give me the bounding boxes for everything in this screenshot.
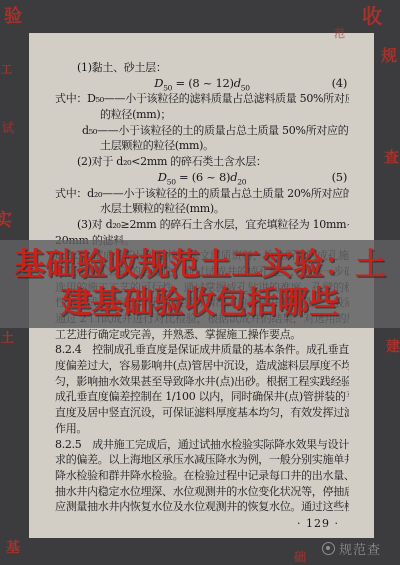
formula-line-4: D50 = (8 ~ 12)d50 (4) bbox=[55, 76, 349, 92]
text-line: 作用。 bbox=[55, 421, 349, 437]
watermark: 规范查 bbox=[322, 539, 381, 558]
edge-seal-mark: 收 bbox=[362, 6, 382, 26]
text-line: 度偏差过大，容易影响井(点)管居中沉设，造成滤料层厚度不均 bbox=[55, 358, 349, 374]
edge-seal-mark: 础 bbox=[294, 551, 306, 563]
text-line: 式中：d₂₀——小于该粒径的土的质量占总土质量 20%所对应的含 bbox=[55, 186, 349, 202]
edge-seal-mark: 实 bbox=[0, 212, 12, 230]
text-line-section-8-2-5: 8.2.5 成井施工完成后，通过试抽水检验实际降水效果与设计要 bbox=[55, 437, 349, 453]
text-line: 应测量抽水井内恢复水位及水位观测井的恢复水位。通过这些检 bbox=[55, 499, 349, 515]
edge-seal-mark: 土 bbox=[1, 332, 14, 345]
edge-seal-mark: 基 bbox=[6, 541, 20, 555]
edge-seal-mark: 范 bbox=[334, 28, 345, 39]
text-line: 求的偏差。以上海地区承压水减压降水为例，一般分别实施单井 bbox=[55, 452, 349, 468]
equation-number: (5) bbox=[332, 170, 347, 186]
watermark-label: 规范查 bbox=[339, 539, 381, 558]
text-line: 匀，影响抽水效果甚至导致降水井(点)出砂。根据工程实践经验， bbox=[55, 374, 349, 390]
text-line: 式中：D₅₀——小于该粒径的滤料质量占总滤料质量 50%所对应 bbox=[55, 91, 349, 107]
edge-seal-mark: 查 bbox=[384, 150, 399, 165]
edge-seal-mark: 工 bbox=[1, 64, 12, 75]
equation-number: (4) bbox=[332, 76, 347, 92]
overlay-title-banner: 基础验收规范土工实验：土 建基础验收包括哪些 bbox=[0, 240, 400, 328]
watermark-logo-icon bbox=[322, 542, 335, 555]
page-number: · 129 · bbox=[55, 516, 349, 532]
formula-equation: D50 = (8 ~ 12)d50 bbox=[154, 76, 249, 90]
text-line: 土层颗粒的粒径(mm)。 bbox=[55, 138, 349, 154]
text-line: (2)对于 d₂₀<2mm 的碎石类土含水层： bbox=[55, 154, 349, 170]
text-line: 水层土颗粒的粒径(mm)。 bbox=[55, 201, 349, 217]
text-line: 工艺进行确定或完善，并熟悉、掌握施工操作要点。 bbox=[55, 327, 349, 343]
text-line: d₅₀——小于该粒径的土的质量占总土质量 50%所对应的 bbox=[55, 123, 349, 139]
text-line: (3)对 d₂₀≥2mm 的碎石土含水层，宜充填粒径为 10mm~ bbox=[55, 217, 349, 233]
text-line: 抽水井内稳定水位埋深、水位观测井的水位变化状况等，停抽后还 bbox=[55, 484, 349, 500]
text-line: 直度及居中竖直沉设，可保证滤料厚度基本均匀，有效发挥过滤 bbox=[55, 405, 349, 421]
edge-seal-mark: 验 bbox=[4, 8, 22, 26]
scanned-document-screenshot: { "colors": { "title_red": "#c7231d", "f… bbox=[0, 0, 400, 565]
edge-seal-mark: 建 bbox=[386, 340, 400, 354]
formula-equation: D50 = (6 ~ 8)d20 bbox=[158, 170, 246, 184]
edge-seal-mark: 试 bbox=[2, 122, 14, 134]
edge-seal-mark: 规 bbox=[381, 48, 397, 64]
formula-line-5: D50 = (6 ~ 8)d20 (5) bbox=[55, 170, 349, 186]
overlay-title-line1: 基础验收规范土工实验：土 bbox=[14, 246, 386, 284]
text-line: (1)黏土、砂土层： bbox=[55, 60, 349, 76]
text-line: 的粒径(mm)； bbox=[55, 107, 349, 123]
text-line: 降水检验和群井降水检验。在检验过程中记录每口井的出水量、 bbox=[55, 468, 349, 484]
overlay-title-line2: 建基础验收包括哪些 bbox=[61, 284, 340, 322]
text-line-section-8-2-4: 8.2.4 控制成孔垂直度是保证成井质量的基本条件。成孔垂直 bbox=[55, 342, 349, 358]
text-line: 成孔垂直度偏差控制在 1/100 以内，同时确保井(点)管拼装的平 bbox=[55, 389, 349, 405]
